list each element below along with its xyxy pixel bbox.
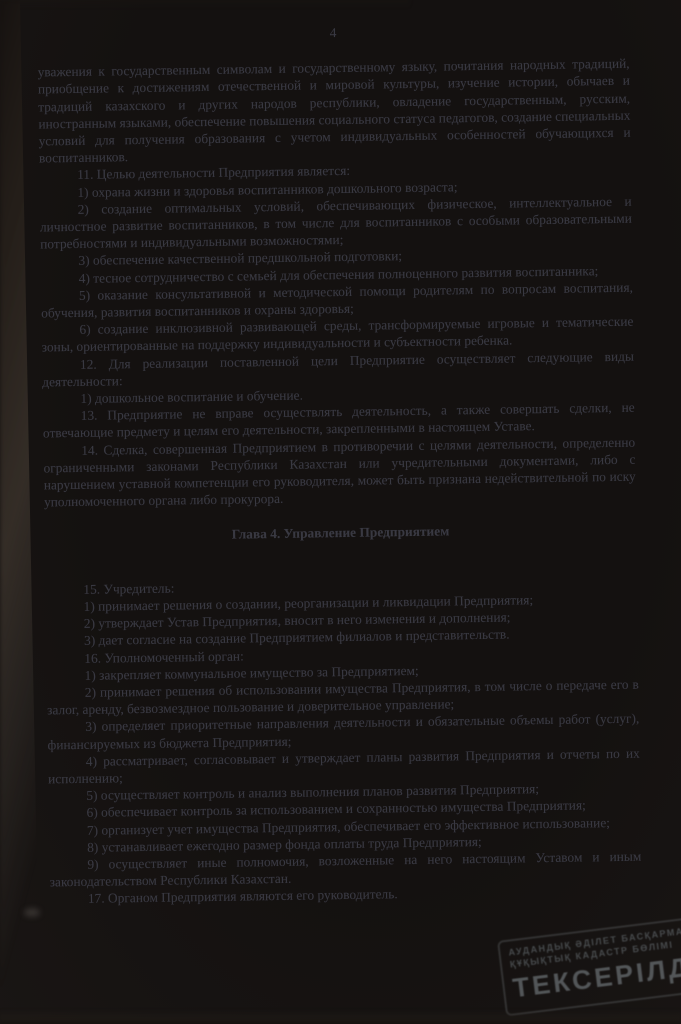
document-page: 4 уважения к государственным символам и … <box>37 20 642 908</box>
chapter-heading: Глава 4. Управление Предприятием <box>44 520 636 546</box>
verification-stamp: АУДАНДЫҚ ӘДІЛЕТ БАСҚАРМАСЫ ҚҰҚЫҚТЫҚ КАДА… <box>497 912 681 1016</box>
photo-edge-left <box>0 0 40 1024</box>
photo-background: 4 уважения к государственным символам и … <box>0 0 681 1024</box>
document-body: уважения к государственным символам и го… <box>38 55 642 908</box>
paragraph: 14. Сделка, совершенная Предприятием в п… <box>43 433 636 511</box>
stamp-border: АУДАНДЫҚ ӘДІЛЕТ БАСҚАРМАСЫ ҚҰҚЫҚТЫҚ КАДА… <box>497 912 681 1016</box>
photo-edge-top <box>0 0 409 7</box>
paragraph: уважения к государственным символам и го… <box>38 55 631 167</box>
paragraph: 2) создание оптимальных условий, обеспеч… <box>40 193 633 253</box>
photo-edge-bottom <box>0 1010 681 1024</box>
page-number: 4 <box>37 20 629 46</box>
